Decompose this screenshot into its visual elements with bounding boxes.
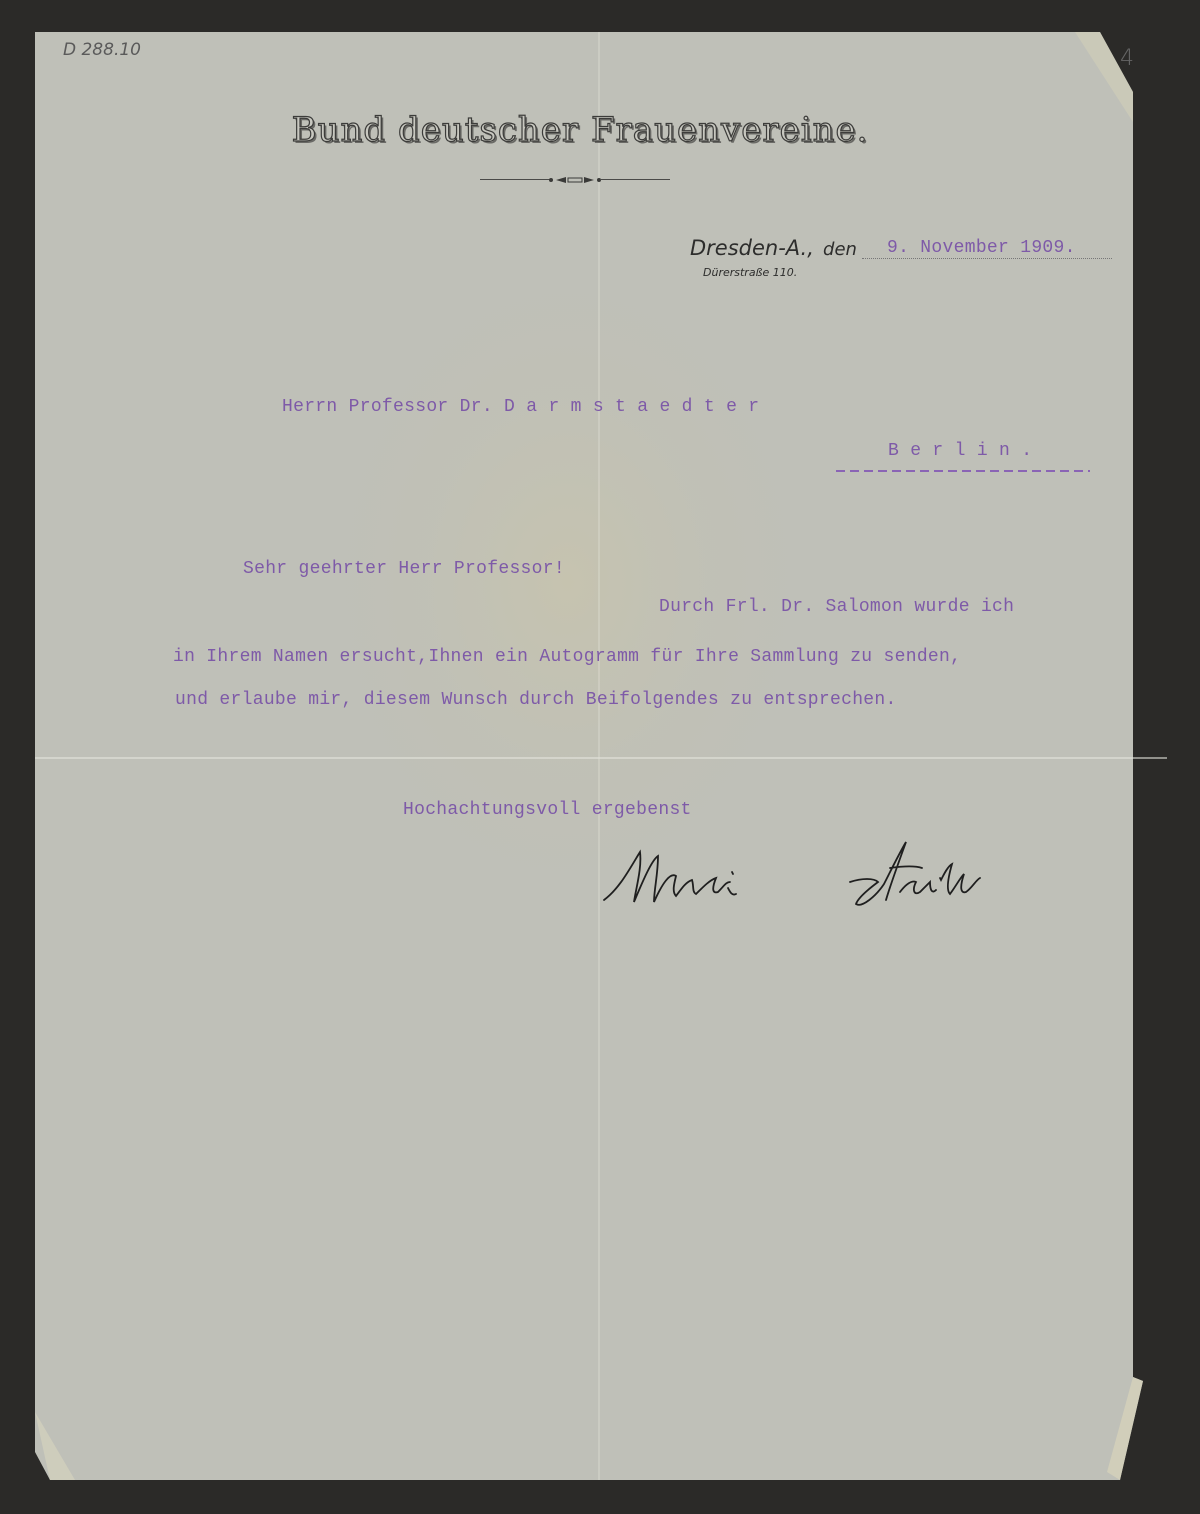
- vertical-fold: [598, 32, 600, 1480]
- body-line: Durch Frl. Dr. Salomon wurde ich: [659, 597, 1014, 617]
- archive-mark: D 288.10: [63, 40, 141, 60]
- city-label: Dresden-A.,: [690, 236, 814, 260]
- ornament-icon: [548, 176, 602, 184]
- place-line: Dresden-A., den: [690, 236, 857, 260]
- body-line: und erlaube mir, diesem Wunsch durch Bei…: [175, 690, 897, 710]
- date-text: 9. November 1909.: [887, 238, 1076, 258]
- recipient-city-underline: [836, 470, 1090, 472]
- page-number: 4: [1120, 46, 1134, 71]
- body-line: in Ihrem Namen ersucht,Ihnen ein Autogra…: [173, 647, 961, 667]
- handwritten-signature: Marie Stritt: [600, 838, 1020, 918]
- closing: Hochachtungsvoll ergebenst: [403, 800, 692, 820]
- letterhead-ornament: [480, 176, 670, 184]
- recipient-city: B e r l i n .: [888, 441, 1032, 461]
- recipient-name: Herrn Professor Dr. D a r m s t a e d t …: [282, 397, 759, 417]
- den-label: den: [823, 239, 857, 260]
- letterhead-title: Bund deutscher Frauenvereine.: [0, 110, 1160, 150]
- street-address: Dürerstraße 110.: [703, 266, 797, 279]
- horizontal-fold: [35, 757, 1167, 759]
- salutation: Sehr geehrter Herr Professor!: [243, 559, 565, 579]
